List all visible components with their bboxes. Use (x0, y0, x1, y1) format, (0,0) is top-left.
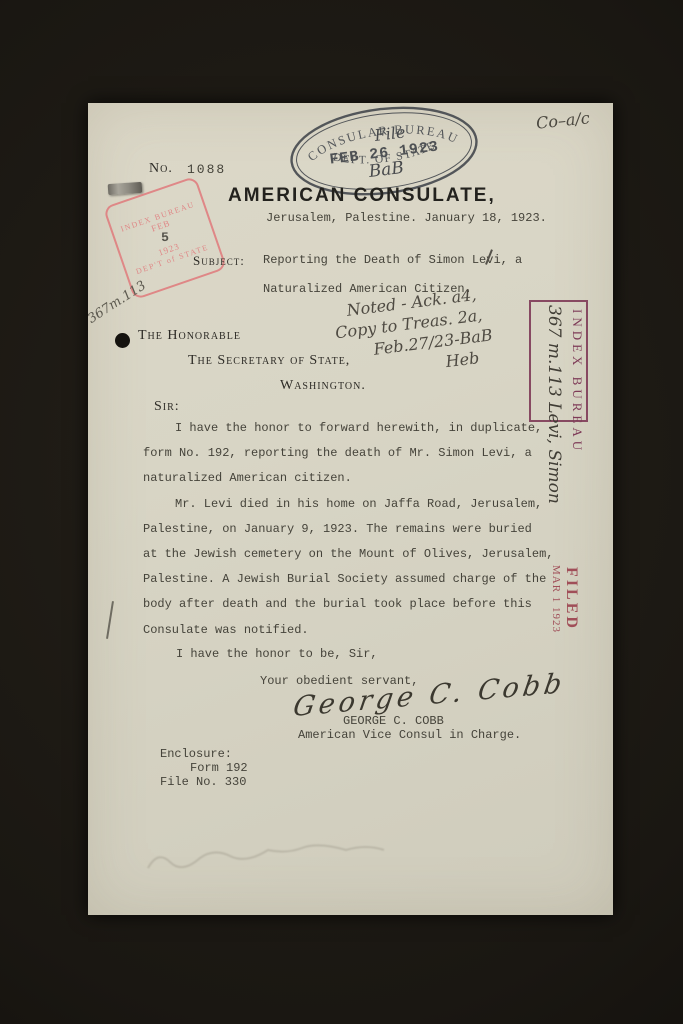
signer-title: American Vice Consul in Charge. (298, 728, 521, 742)
addressee-honorable: The Honorable (138, 328, 241, 344)
signer-name: GEORGE C. COBB (343, 714, 444, 728)
body-line: Palestine, on January 9, 1923. The remai… (143, 517, 561, 542)
file-number: File No. 330 (160, 775, 246, 789)
corner-pencil-mark: Co–a/c (535, 108, 590, 133)
subject-label: Subject: (193, 253, 245, 269)
routing-note-handwritten: Noted - Ack. a4, Copy to Treas. 2a, Feb.… (345, 283, 496, 384)
index-bureau-side-stamp-label: INDEX BUREAU (569, 309, 585, 454)
staple (108, 182, 143, 195)
body-line: I have the honor to forward herewith, in… (143, 416, 561, 441)
routing-note-line-4: Heb (444, 345, 496, 372)
addressee-washington: Washington. (280, 378, 366, 394)
index-stamp-typed-overprint: 5 (161, 230, 169, 245)
body-line: body after death and the burial took pla… (143, 592, 561, 617)
enclosure-item: Form 192 (190, 761, 248, 775)
dateline: Jerusalem, Palestine. January 18, 1923. (266, 211, 547, 225)
closing-line: I have the honor to be, Sir, (176, 647, 378, 661)
body-line: form No. 192, reporting the death of Mr.… (143, 441, 561, 466)
bleed-through-mark (143, 838, 453, 883)
scanned-document-photo: CONSULAR BUREAU DEPT. OF STATE FEB 26 19… (0, 0, 683, 1024)
enclosure-label: Enclosure: (160, 747, 232, 761)
subject-line-1: Reporting the Death of Simon Levi, a (263, 253, 522, 267)
letter-number-value: 1088 (187, 162, 226, 177)
body-line: naturalized American citizen. (143, 466, 561, 491)
body-line: Mr. Levi died in his home on Jaffa Road,… (143, 492, 561, 517)
margin-file-number-pencil: 367m.113 (85, 278, 149, 327)
letter-number-label: No. (149, 161, 173, 177)
letter-body: I have the honor to forward herewith, in… (143, 416, 561, 643)
margin-pencil-slash (106, 601, 114, 639)
body-line: Palestine. A Jewish Burial Society assum… (143, 567, 561, 592)
filed-stamp-word: FILED (562, 551, 580, 647)
addressee-secretary: The Secretary of State, (188, 353, 350, 369)
letter-page: CONSULAR BUREAU DEPT. OF STATE FEB 26 19… (88, 103, 613, 915)
body-line: at the Jewish cemetery on the Mount of O… (143, 542, 561, 567)
oval-stamp-handwritten-file: File (372, 122, 406, 145)
hole-punch-mark (115, 333, 130, 348)
salutation: Sir: (154, 399, 180, 415)
oval-stamp-handwritten-initials: BaB (367, 158, 405, 182)
index-bureau-stamp: INDEX BUREAU FEB 5 1923 DEP'T of STATE (103, 176, 228, 301)
letterhead-title: AMERICAN CONSULATE, (228, 185, 496, 207)
body-line: Consulate was notified. (143, 618, 561, 643)
